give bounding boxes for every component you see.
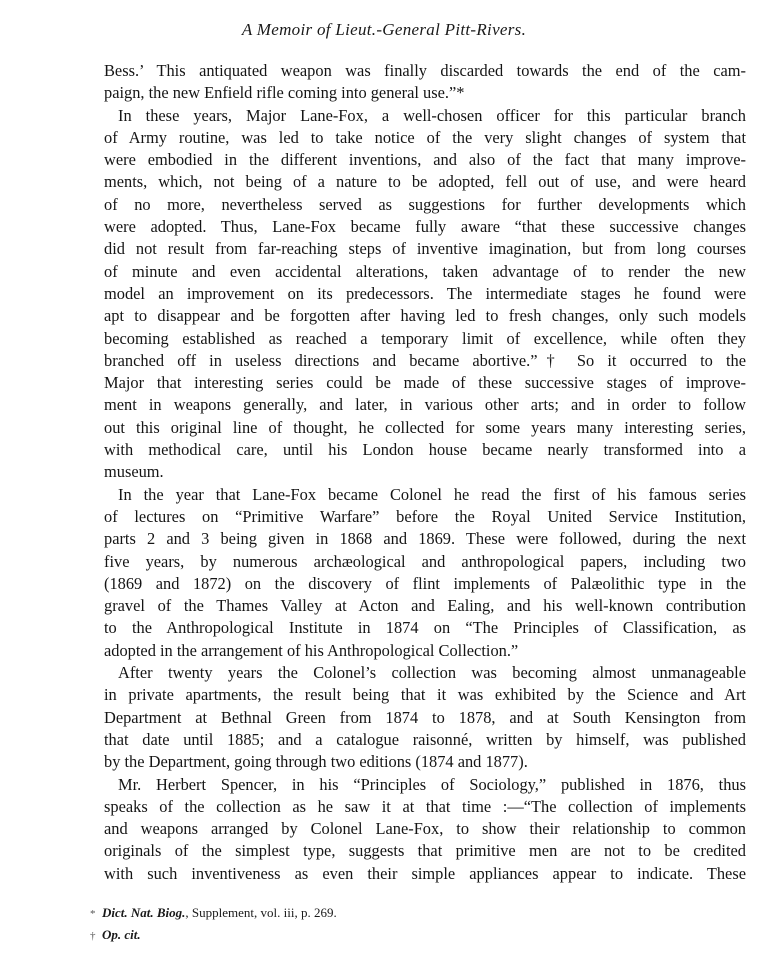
text-line: in private apartments, the result being …: [104, 684, 746, 706]
text-line: by the Department, going through two edi…: [104, 751, 746, 773]
text-line: paign, the new Enfield rifle coming into…: [104, 82, 746, 104]
footnotes: *Dict. Nat. Biog., Supplement, vol. iii,…: [104, 902, 604, 946]
text-line: Department at Bethnal Green from 1874 to…: [104, 707, 746, 729]
text-line: ments, which, not being of a nature to b…: [104, 171, 746, 193]
text-line: becoming established as reached a tempor…: [104, 328, 746, 350]
text-line: of minute and even accidental alteration…: [104, 261, 746, 283]
text-line: In these years, Major Lane-Fox, a well-c…: [104, 105, 746, 127]
text-line: branched off in useless directions and b…: [104, 350, 746, 372]
paragraph: In these years, Major Lane-Fox, a well-c…: [104, 105, 746, 484]
text-line: speaks of the collection as he saw it at…: [104, 796, 746, 818]
text-line: Major that interesting series could be m…: [104, 372, 746, 394]
text-line: with such inventiveness as even their si…: [104, 863, 746, 885]
text-line: model an improvement on its predecessors…: [104, 283, 746, 305]
text-line: parts 2 and 3 being given in 1868 and 18…: [104, 528, 746, 550]
text-line: and weapons arranged by Colonel Lane-Fox…: [104, 818, 746, 840]
document-page: A Memoir of Lieut.-General Pitt-Rivers. …: [0, 0, 768, 966]
text-line: were embodied in the different invention…: [104, 149, 746, 171]
paragraph: Bess.’ This antiquated weapon was finall…: [104, 60, 746, 105]
text-line: Mr. Herbert Spencer, in his “Principles …: [104, 774, 746, 796]
body-text: Bess.’ This antiquated weapon was finall…: [104, 60, 746, 885]
text-line: were adopted. Thus, Lane-Fox became full…: [104, 216, 746, 238]
paragraph: Mr. Herbert Spencer, in his “Principles …: [104, 774, 746, 885]
text-line: museum.: [104, 461, 746, 483]
text-line: to the Anthropological Institute in 1874…: [104, 617, 746, 639]
text-line: of Army routine, was led to take notice …: [104, 127, 746, 149]
footnote-text: , Supplement, vol. iii, p. 269.: [185, 905, 336, 920]
paragraph: After twenty years the Colonel’s collect…: [104, 662, 746, 773]
footnote-mark: †: [90, 925, 102, 947]
text-line: with methodical care, until his London h…: [104, 439, 746, 461]
footnote: *Dict. Nat. Biog., Supplement, vol. iii,…: [104, 902, 604, 924]
text-line: apt to disappear and be forgotten after …: [104, 305, 746, 327]
text-line: gravel of the Thames Valley at Acton and…: [104, 595, 746, 617]
text-line: five years, by numerous archæological an…: [104, 551, 746, 573]
footnote-mark: *: [90, 903, 102, 925]
text-line: originals of the simplest type, suggests…: [104, 840, 746, 862]
text-line: did not result from far-reaching steps o…: [104, 238, 746, 260]
footnote: †Op. cit.: [104, 924, 604, 946]
footnote-source: Op. cit.: [102, 927, 141, 942]
text-line: out this original line of thought, he co…: [104, 417, 746, 439]
text-line: In the year that Lane-Fox became Colonel…: [104, 484, 746, 506]
text-line: of no more, nevertheless served as sugge…: [104, 194, 746, 216]
text-line: Bess.’ This antiquated weapon was finall…: [104, 60, 746, 82]
text-line: adopted in the arrangement of his Anthro…: [104, 640, 746, 662]
paragraph: In the year that Lane-Fox became Colonel…: [104, 484, 746, 662]
text-line: After twenty years the Colonel’s collect…: [104, 662, 746, 684]
text-line: that date until 1885; and a catalogue ra…: [104, 729, 746, 751]
text-line: of lectures on “Primitive Warfare” befor…: [104, 506, 746, 528]
text-line: (1869 and 1872) on the discovery of flin…: [104, 573, 746, 595]
running-head: A Memoir of Lieut.-General Pitt-Rivers.: [0, 20, 768, 40]
text-line: ment in weapons generally, and later, in…: [104, 394, 746, 416]
footnote-source: Dict. Nat. Biog.: [102, 905, 185, 920]
